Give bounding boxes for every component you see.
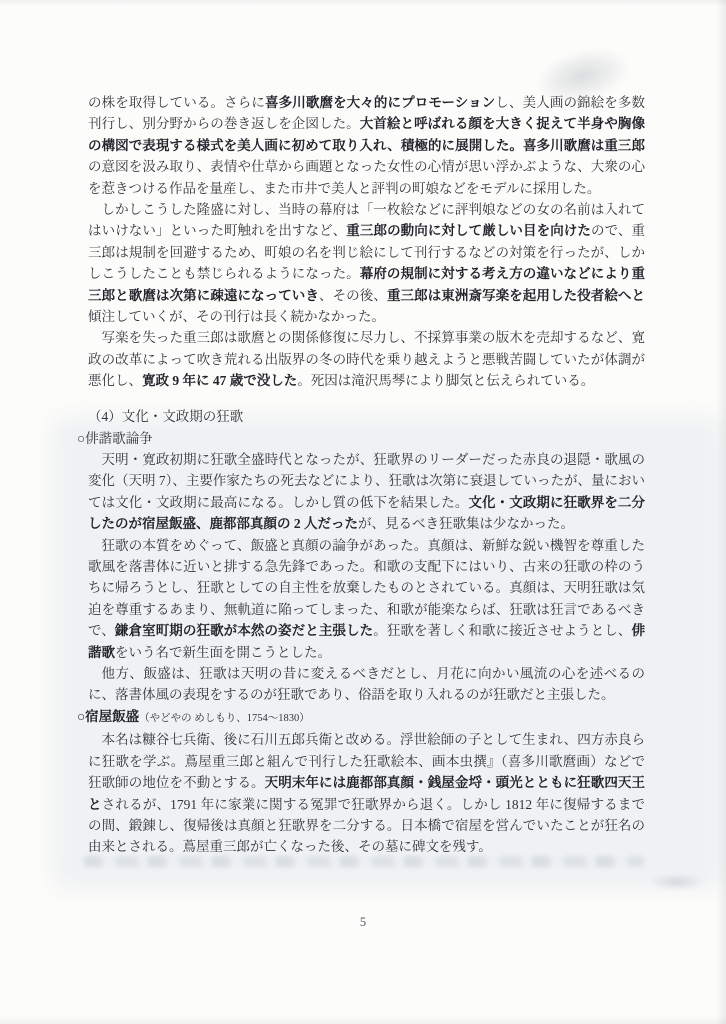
bold-text-run: 寛政 9 年に 47 歳で没した (142, 373, 297, 388)
paragraph: 天明・寛政初期に狂歌全盛時代となったが、狂歌界のリーダーだった赤良の退隠・歌風の… (88, 449, 645, 535)
paragraph: 写楽を失った重三郎は歌麿との関係修復に尽力し、不採算事業の版木を売却するなど、寛… (88, 327, 645, 391)
paragraph: の株を取得している。さらに喜多川歌麿を大々的にプロモーションし、美人画の錦絵を多… (88, 92, 645, 199)
scanned-document-page: { "page": { "number": "5" }, "document":… (0, 0, 726, 1024)
text-run: 。死因は滝沢馬琴により脚気と伝えられている。 (297, 373, 594, 388)
text-run: ○俳諧歌論争 (77, 431, 153, 446)
section-heading: （4）文化・文政期の狂歌 (88, 406, 645, 427)
scan-bleedthrough-mark (648, 874, 706, 890)
text-run: されるが、1791 年に家業に関する冤罪で狂歌界から退く。しかし 1812 年に… (88, 797, 645, 855)
paragraph: 本名は糠谷七兵衛、後に石川五郎兵衛と改める。浮世絵師の子として生まれ、四方赤良ら… (88, 729, 645, 857)
bold-text-run: 鎌倉室町期の狂歌が本然の姿だと主張した (115, 623, 373, 638)
text-run: をいう名で新生面を開こうとした。 (115, 645, 331, 660)
page-edge-shadow-right (716, 0, 726, 1024)
text-run: の意図を汲み取り、表情や仕草から画題となった女性の心情が思い浮かぶような、大衆の… (88, 159, 645, 195)
paragraph: 狂歌の本質をめぐって、飯盛と真顔の論争があった。真顔は、新鮮な鋭い機智を尊重した… (88, 535, 645, 663)
page-number: 5 (0, 915, 726, 930)
page-edge-shadow-top (0, 0, 726, 6)
text-run: 傾注していくが、その刊行は長く続かなかった。 (88, 309, 385, 324)
paragraph: 他方、飯盛は、狂歌は天明の昔に変えるべきだとし、月花に向かい風流の心を述べるのに… (88, 663, 645, 706)
text-run: 。狂歌を著しく和歌に接近させようとし、 (373, 623, 631, 638)
subheading: ○宿屋飯盛（やどやの めしもり、1754～1830） (77, 706, 645, 729)
bold-text-run: 喜多川歌麿を大々的にプロモーション (265, 95, 495, 110)
reading-annotation-run: （やどやの めしもり、1754～1830） (139, 713, 310, 724)
bold-text-run: 重三郎の動向に対して厳しい目を向けた (346, 223, 591, 238)
text-run: （4）文化・文政期の狂歌 (88, 409, 243, 424)
text-run: 、その後、 (319, 288, 387, 303)
text-run: が、見るべき狂歌集は少なかった。 (358, 516, 574, 531)
text-run: 他方、飯盛は、狂歌は天明の昔に変えるべきだとし、月花に向かい風流の心を述べるのに… (88, 666, 645, 702)
bold-text-run: ○宿屋飯盛 (77, 709, 139, 724)
page-edge-shadow-bottom (0, 1016, 726, 1024)
bold-text-run: 重三郎は東洲斎写楽を起用した役者絵へと (387, 288, 645, 303)
document-body: の株を取得している。さらに喜多川歌麿を大々的にプロモーションし、美人画の錦絵を多… (88, 92, 645, 858)
subheading: ○俳諧歌論争 (77, 428, 645, 449)
text-run: の株を取得している。さらに (88, 95, 265, 110)
paragraph: しかしこうした隆盛に対し、当時の幕府は「一枚絵などに評判娘などの女の名前は入れて… (88, 199, 645, 327)
